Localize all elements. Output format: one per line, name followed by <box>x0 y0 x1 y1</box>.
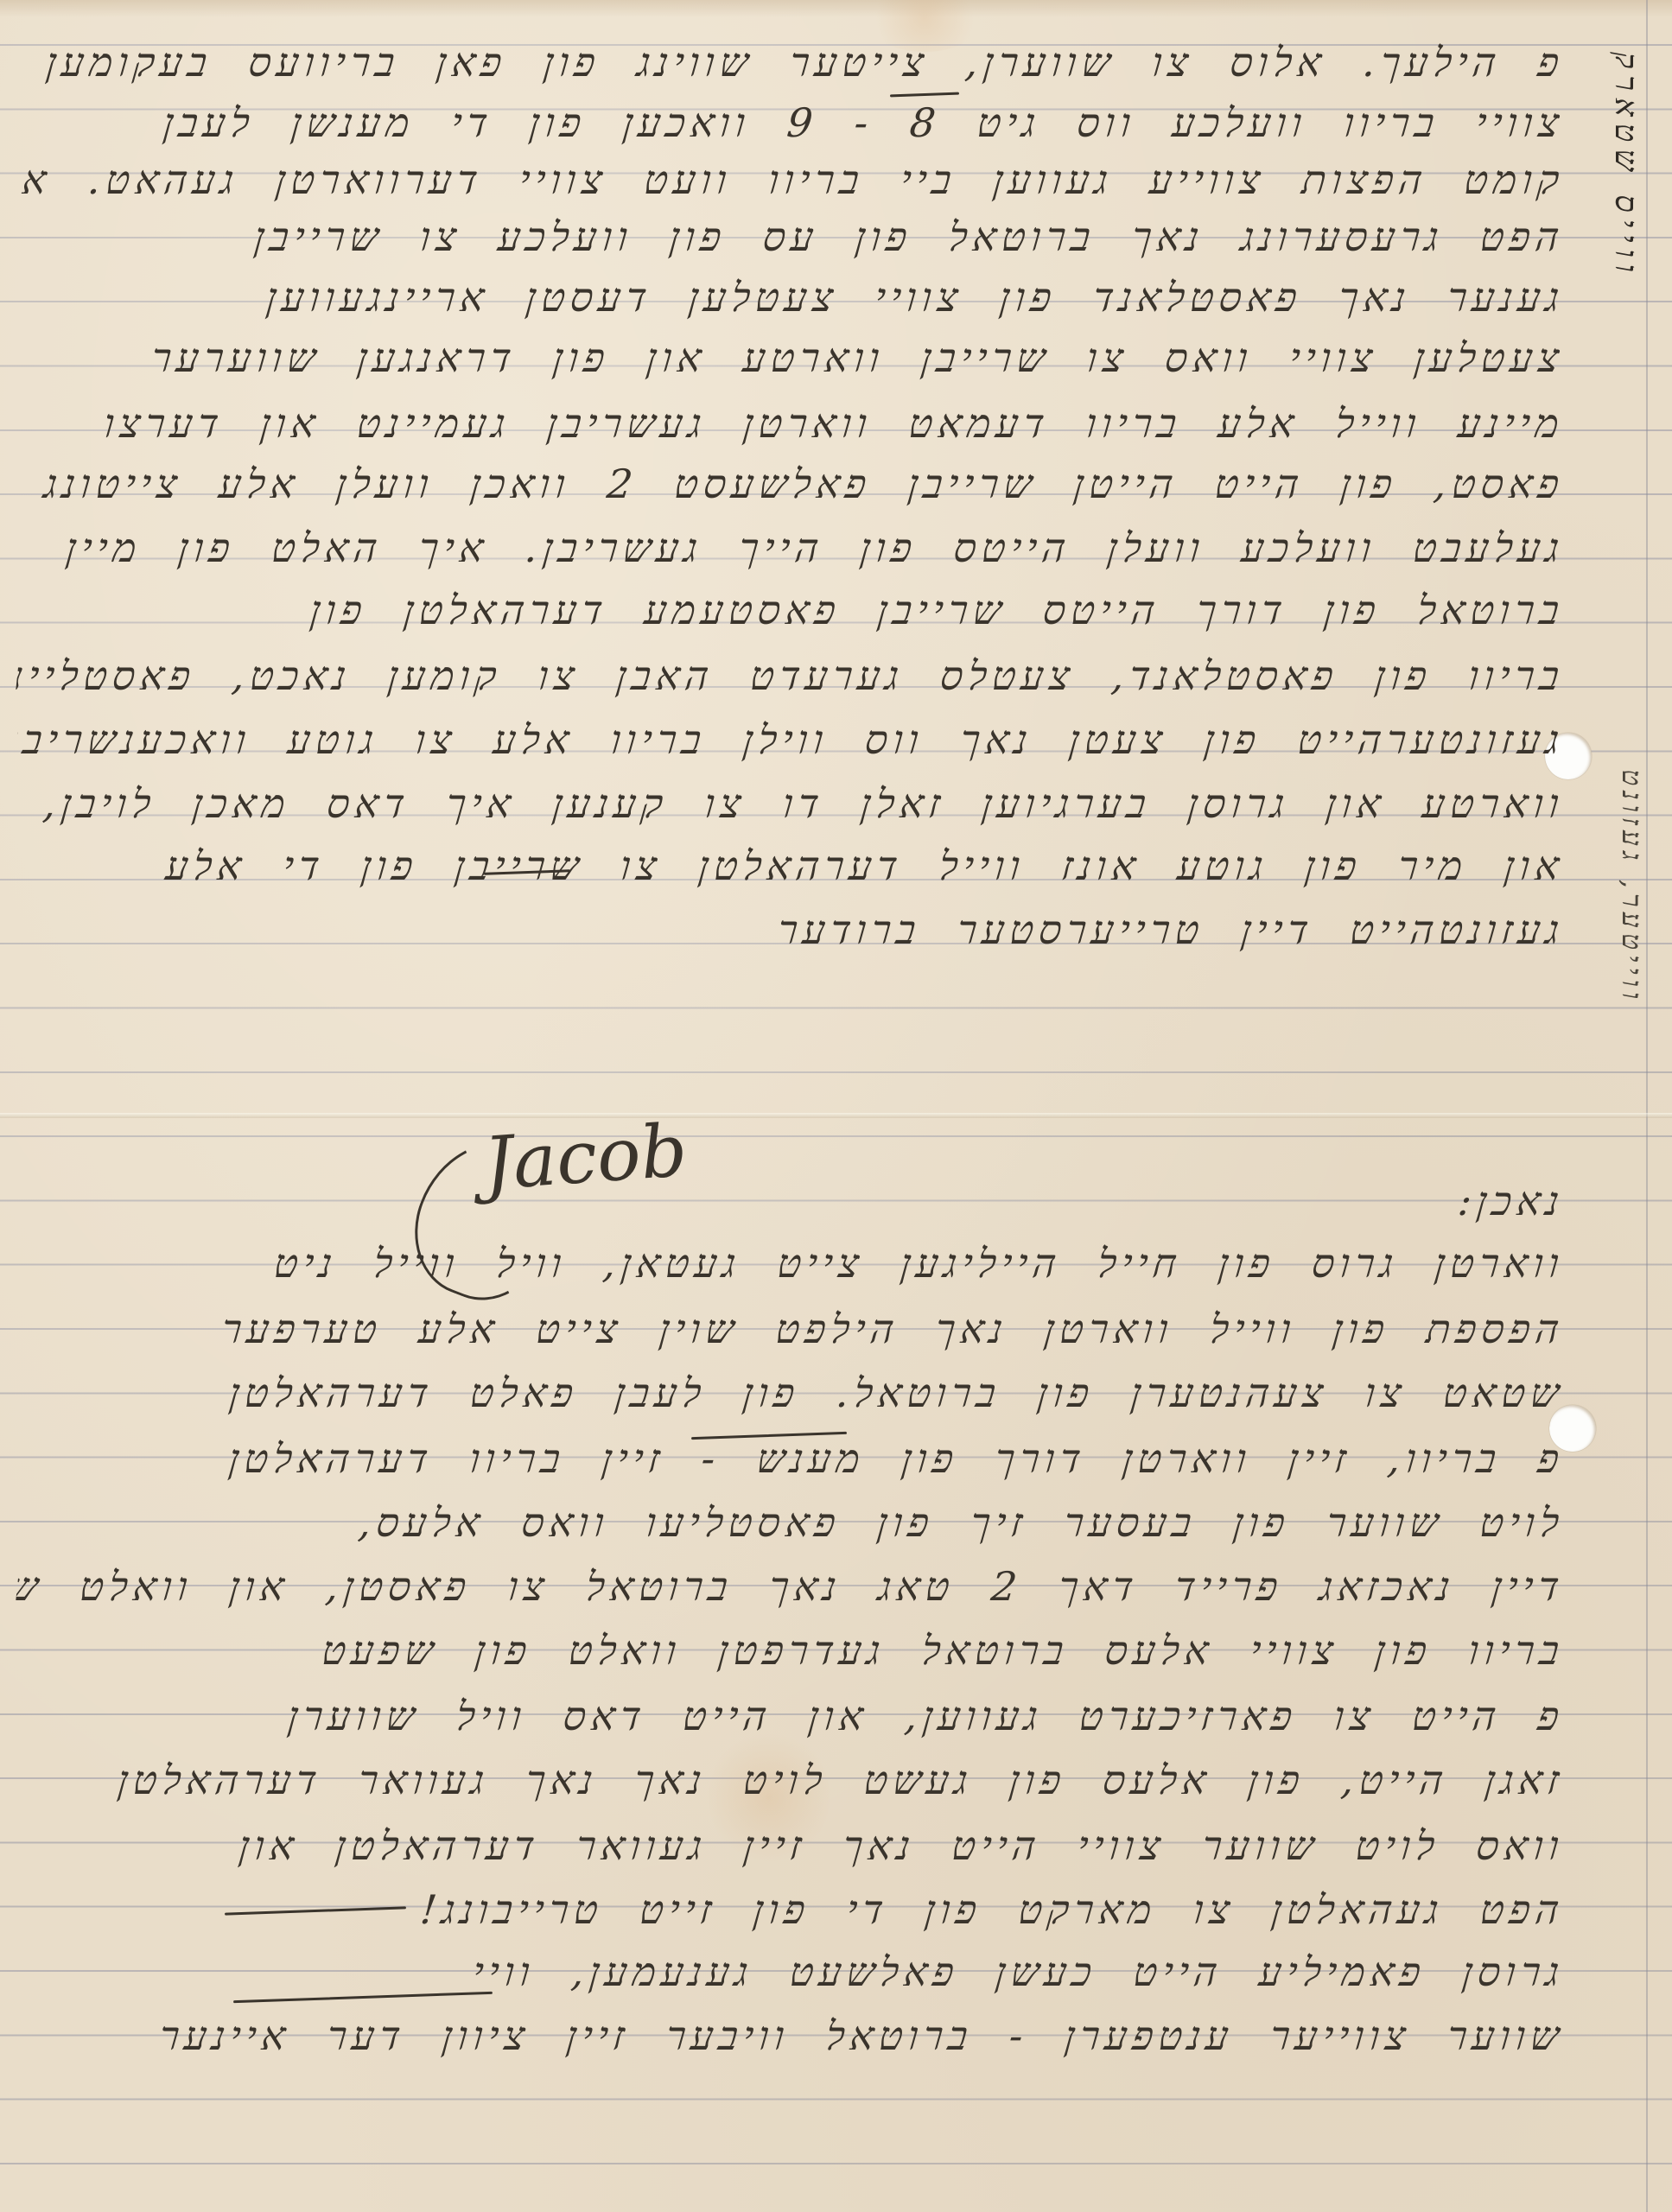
letter-line: מיינע ווייל אלע בריוו דעמאט ווארטן געשרי… <box>15 397 1567 449</box>
letter-line: הפט געהאלטן צו מארקט פון די פון זייט טרי… <box>15 1884 1567 1935</box>
letter-line: צעטלען צוויי וואס צו שרייבן ווארטע און פ… <box>15 332 1567 384</box>
letter-line: דיין נאכזאג פרייד דאך 2 טאג נאך ברוטאל צ… <box>15 1560 1567 1612</box>
letter-line: גענער נאך פאסטלאנד פון צוויי צעטלען דעסט… <box>15 271 1567 323</box>
letter-line: ווארטע און גרוסן בערגיוען זאלן דו צו קענ… <box>15 778 1567 829</box>
letter-line: לויט שווער פון בעסער זיך פון פאסטליעו וו… <box>15 1497 1567 1548</box>
letter-line: הפט גרעסערונג נאך ברוטאל פון עס פון וועל… <box>15 211 1567 263</box>
letter-line: ברוטאל פון דורך הייטס שרייבן פאסטעמע דער… <box>15 584 1567 636</box>
letter-line: בריוו פון פאסטלאנד, צעטלס גערעדט האבן צו… <box>15 650 1567 702</box>
letter-line: שטאט צו צעהנטערן פון ברוטאל. פון לעבן פא… <box>15 1367 1567 1419</box>
paper-fold-crease <box>0 1113 1672 1118</box>
letter-line: הפספת פון ווייל ווארטן נאך הילפט שוין צי… <box>15 1303 1567 1355</box>
letter-line: ווארטן גרוס פון חייל הייליגען צייט געטאן… <box>15 1237 1567 1289</box>
letter-line: צוויי בריוו וועלכע ווס גיט 8 - 9 וואכען … <box>15 97 1567 149</box>
letter-line: און מיר פון גוטע אונז ווייל דערהאלטן צו … <box>15 840 1567 892</box>
letter-line: זאגן הייט, פון אלעס פון געשט לויט נאך נא… <box>15 1754 1567 1806</box>
margin-note-vertical: ווייטער, געזונט <box>1616 769 1649 1004</box>
paper-top-edge <box>0 0 1672 17</box>
letter-line: פ הילעך. אלוס צו שווערן, צייטער שווינג פ… <box>15 36 1567 88</box>
letter-line: פ הייט צו פארזיכערט געווען, און הייט דאס… <box>15 1690 1567 1742</box>
margin-note-vertical: ווייס שטארק <box>1607 52 1643 279</box>
letter-line: גרוסן פאמיליע הייט כעשן פאלשעט גענעמען, … <box>15 1946 1567 1998</box>
letter-line: קומט הפצות צווייע געווען ביי בריוו וועט … <box>15 154 1567 206</box>
signature: Jacob <box>481 1108 690 1206</box>
letter-line: פ בריוו, זיין ווארטן דורך פון מענש - זיי… <box>15 1433 1567 1484</box>
letter-line: בריוו פון צוויי אלעס ברוטאל געדרפטן וואל… <box>15 1624 1567 1676</box>
letter-page: פ הילעך. אלוס צו שווערן, צייטער שווינג פ… <box>0 0 1672 2212</box>
letter-line: שווער צווייער ענטפערן - ברוטאל וויבער זי… <box>15 2010 1567 2062</box>
letter-line: געלעבט וועלכע וועלן הייטס פון הייך געשרי… <box>15 522 1567 574</box>
letter-line: נאכן: <box>15 1175 1567 1227</box>
margin-rule <box>1646 0 1648 2212</box>
letter-line: געזונטערהייט פון צעטן נאך ווס ווילן בריו… <box>15 714 1567 766</box>
letter-line: פאסט, פון הייט הייטן שרייבן פאלשעסט 2 וו… <box>15 458 1567 510</box>
letter-line: געזונטהייט דיין טרייערסטער ברודער <box>15 904 1567 956</box>
letter-line: וואס לויט שווער צוויי הייט נאך זיין געוו… <box>15 1820 1567 1872</box>
